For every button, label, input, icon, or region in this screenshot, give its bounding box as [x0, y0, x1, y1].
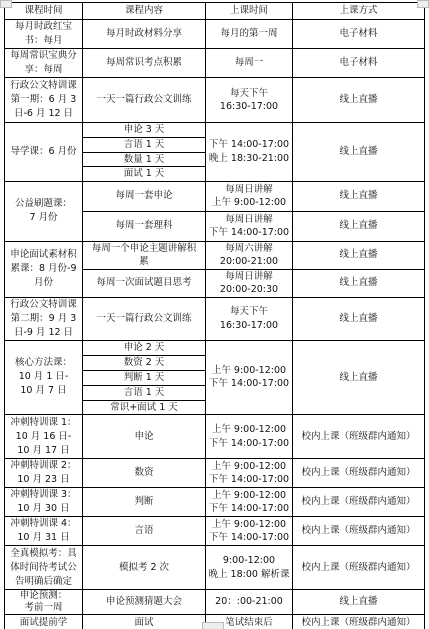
- course-time-cell: 全真模拟考：具体时间待考试公告明确后确定: [5, 546, 83, 590]
- class-time-cell: 上午 9:00-12:00下午 14:00-17:00: [206, 517, 293, 546]
- table-handle-top-left[interactable]: [0, 0, 12, 8]
- class-time-cell: 9:00-12:00晚上 18:00 解析课: [206, 546, 293, 590]
- course-time-cell: 冲刺特训课 1：10 月 16 日-10 月 17 日: [5, 415, 83, 459]
- course-content-cell: 每月时政材料分享: [83, 20, 206, 49]
- header-course-time: 课程时间: [5, 3, 83, 20]
- course-time-cell: 冲刺特训课 4：10 月 31 日: [5, 517, 83, 546]
- course-time-cell: 申论面试素材积累课：8 月份-9月份: [5, 241, 83, 297]
- course-content-cell: 数资: [83, 459, 206, 488]
- course-time-cell: 面试提前学: [5, 615, 83, 629]
- class-time-cell: 上午 9:00-12:00下午 14:00-17:00: [206, 459, 293, 488]
- class-time-cell: 每周日讲解20:00-20:30: [206, 269, 293, 297]
- class-mode-cell: 校内上课（班级群内通知）: [293, 488, 425, 517]
- class-mode-cell: 电子材料: [293, 49, 425, 78]
- class-mode-cell: 线上直播: [293, 78, 425, 123]
- table-row: 申论预测：考前一周 申论预测猜题大会 20：:00-21:00 线上直播: [5, 590, 425, 615]
- course-time-cell: 核心方法课：10 月 1 日-10 月 7 日: [5, 340, 83, 415]
- course-content-cell: 每周常识考点积累: [83, 49, 206, 78]
- table-row: 冲刺特训课 4：10 月 31 日 言语 上午 9:00-12:00下午 14:…: [5, 517, 425, 546]
- course-content-cell: 言语 1 天: [83, 385, 206, 400]
- class-mode-cell: 线上直播: [293, 269, 425, 297]
- class-mode-cell: 线上直播: [293, 590, 425, 615]
- class-mode-cell: 校内上课（班级群内通知）: [293, 459, 425, 488]
- course-time-cell: 冲刺特训课 2：10 月 23 日: [5, 459, 83, 488]
- table-row: 每月时政红宝书：每月 每月时政材料分享 每月的第一周 电子材料: [5, 20, 425, 49]
- course-time-cell: 导学课：6 月份: [5, 123, 83, 182]
- course-content-cell: 言语: [83, 517, 206, 546]
- table-row: 冲刺特训课 2：10 月 23 日 数资 上午 9:00-12:00下午 14:…: [5, 459, 425, 488]
- course-content-cell: 数资 2 天: [83, 355, 206, 370]
- table-row: 行政公文特训课第二期：9 月 3日-9 月 12 日 一天一篇行政公文训练 每天…: [5, 297, 425, 340]
- table-row: 冲刺特训课 1：10 月 16 日-10 月 17 日 申论 上午 9:00-1…: [5, 415, 425, 459]
- class-time-cell: 每周六讲解20:00-21:00: [206, 241, 293, 269]
- table-row: 每周常识宝典分享：每周 每周常识考点积累 每周一 电子材料: [5, 49, 425, 78]
- class-time-cell: 每天下午16:30-17:00: [206, 78, 293, 123]
- class-time-cell: 每周日讲解上午 9:00-12:00: [206, 181, 293, 211]
- course-content-cell: 言语 1 天: [83, 138, 206, 153]
- table-row: 导学课：6 月份 申论 3 天 下午 14:00-17:00晚上 18:30-2…: [5, 123, 425, 138]
- class-time-cell: 上午 9:00-12:00下午 14:00-17:00: [206, 415, 293, 459]
- class-mode-cell: 线上直播: [293, 340, 425, 415]
- class-mode-cell: 电子材料: [293, 20, 425, 49]
- course-content-cell: 申论: [83, 415, 206, 459]
- class-time-cell: 每周日讲解下午 14:00-17:00: [206, 211, 293, 241]
- table-row: 行政公文特训课第一期：6 月 3日-6 月 12 日 一天一篇行政公文训练 每天…: [5, 78, 425, 123]
- header-class-time: 上课时间: [206, 3, 293, 20]
- class-time-cell: 上午 9:00-12:00下午 14:00-17:00: [206, 340, 293, 415]
- class-mode-cell: 校内上课（班级群内通知）: [293, 546, 425, 590]
- class-mode-cell: 线上直播: [293, 211, 425, 241]
- course-content-cell: 一天一篇行政公文训练: [83, 78, 206, 123]
- class-mode-cell: 线上直播: [293, 297, 425, 340]
- class-mode-cell: 校内上课（班级群内通知）: [293, 415, 425, 459]
- table-handle-top-right[interactable]: [417, 0, 429, 8]
- class-mode-cell: 线上直播: [293, 123, 425, 182]
- table-header-row: 课程时间 课程内容 上课时间 上课方式: [5, 3, 425, 20]
- class-time-cell: 每月的第一周: [206, 20, 293, 49]
- course-time-cell: 行政公文特训课第二期：9 月 3日-9 月 12 日: [5, 297, 83, 340]
- course-content-cell: 面试: [83, 615, 206, 629]
- course-time-cell: 冲刺特训课 3：10 月 30 日: [5, 488, 83, 517]
- class-time-cell: 20：:00-21:00: [206, 590, 293, 615]
- course-time-cell: 行政公文特训课第一期：6 月 3日-6 月 12 日: [5, 78, 83, 123]
- class-mode-cell: 线上直播: [293, 181, 425, 211]
- course-content-cell: 每周一个申论主题讲解积累: [83, 241, 206, 269]
- class-mode-cell: 校内上课（班级群内通知）: [293, 517, 425, 546]
- table-handle-bottom[interactable]: [202, 622, 224, 629]
- class-time-cell: 每天下午16:30-17:00: [206, 297, 293, 340]
- course-time-cell: 申论预测：考前一周: [5, 590, 83, 615]
- course-content-cell: 每周一套申论: [83, 181, 206, 211]
- course-content-cell: 申论预测猜题大会: [83, 590, 206, 615]
- course-content-cell: 模拟考 2 次: [83, 546, 206, 590]
- course-content-cell: 面试 1 天: [83, 167, 206, 182]
- class-mode-cell: 校内上课（班级群内通知）: [293, 615, 425, 629]
- class-time-cell: 上午 9:00-12:00下午 14:00-17:00: [206, 488, 293, 517]
- table-row: 核心方法课：10 月 1 日-10 月 7 日 申论 2 天 上午 9:00-1…: [5, 340, 425, 355]
- course-content-cell: 申论 2 天: [83, 340, 206, 355]
- class-time-cell: 下午 14:00-17:00晚上 18:30-21:00: [206, 123, 293, 182]
- table-row: 全真模拟考：具体时间待考试公告明确后确定 模拟考 2 次 9:00-12:00晚…: [5, 546, 425, 590]
- course-time-cell: 公益刷题课：7 月份: [5, 181, 83, 241]
- table-row: 公益刷题课：7 月份 每周一套申论 每周日讲解上午 9:00-12:00 线上直…: [5, 181, 425, 211]
- course-content-cell: 判断 1 天: [83, 370, 206, 385]
- course-content-cell: 每周一次面试题目思考: [83, 269, 206, 297]
- table-row: 申论面试素材积累课：8 月份-9月份 每周一个申论主题讲解积累 每周六讲解20:…: [5, 241, 425, 269]
- course-time-cell: 每周常识宝典分享：每周: [5, 49, 83, 78]
- header-course-content: 课程内容: [83, 3, 206, 20]
- course-content-cell: 数量 1 天: [83, 152, 206, 167]
- header-class-mode: 上课方式: [293, 3, 425, 20]
- course-content-cell: 判断: [83, 488, 206, 517]
- course-content-cell: 一天一篇行政公文训练: [83, 297, 206, 340]
- course-content-cell: 申论 3 天: [83, 123, 206, 138]
- course-time-cell: 每月时政红宝书：每月: [5, 20, 83, 49]
- class-mode-cell: 线上直播: [293, 241, 425, 269]
- table-row: 冲刺特训课 3：10 月 30 日 判断 上午 9:00-12:00下午 14:…: [5, 488, 425, 517]
- course-content-cell: 每周一套理科: [83, 211, 206, 241]
- class-time-cell: 每周一: [206, 49, 293, 78]
- course-schedule-table: 课程时间 课程内容 上课时间 上课方式 每月时政红宝书：每月 每月时政材料分享 …: [4, 2, 425, 629]
- course-content-cell: 常识+面试 1 天: [83, 400, 206, 415]
